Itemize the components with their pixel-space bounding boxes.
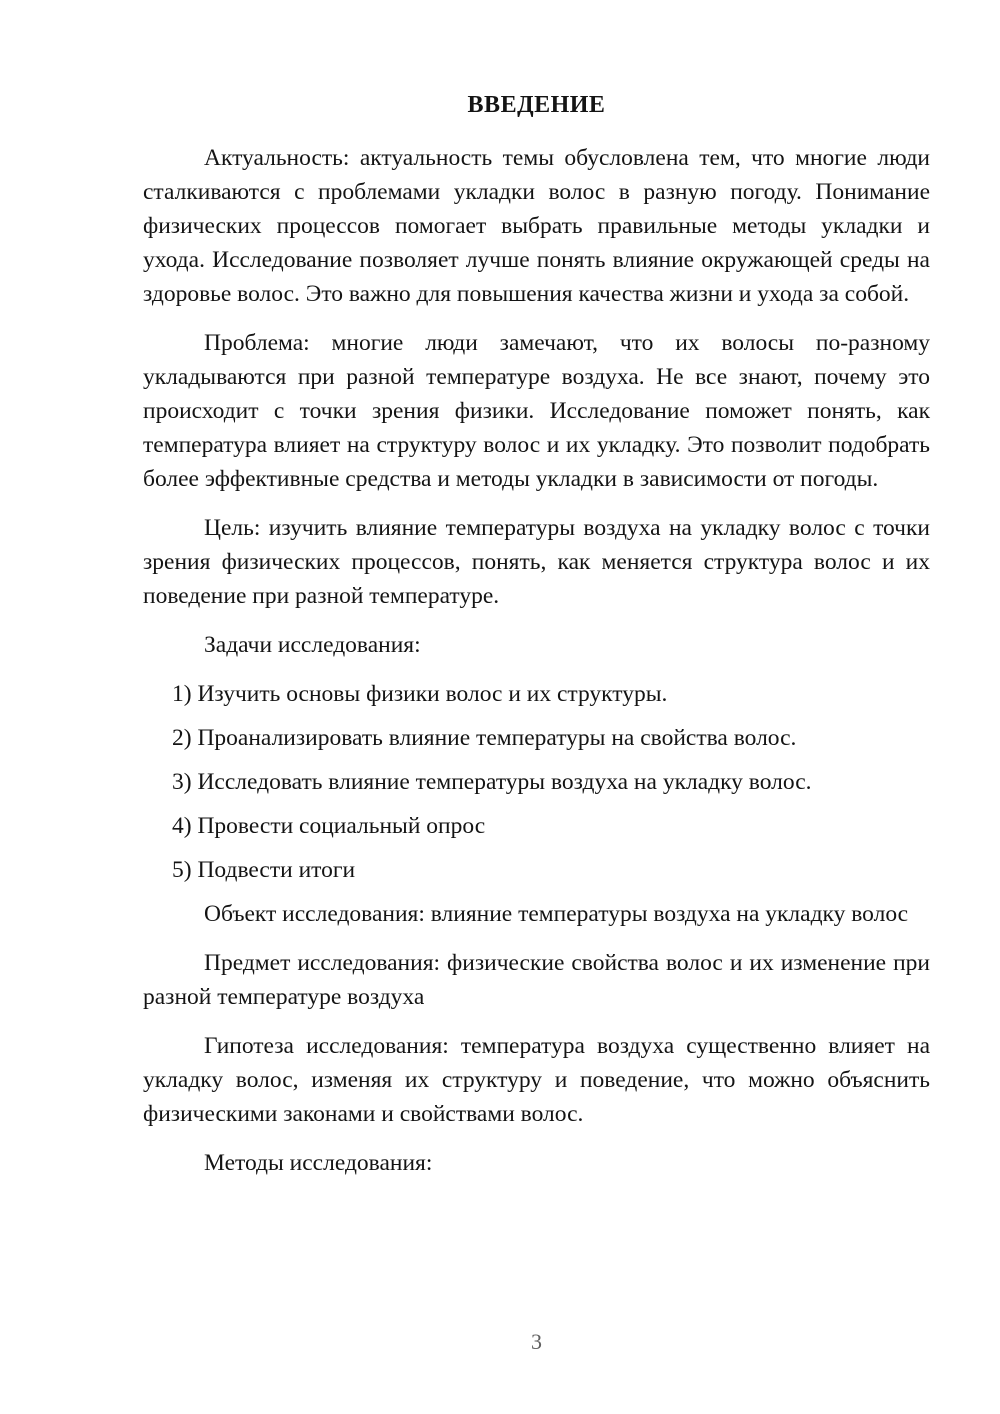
tasks-heading: Задачи исследования: — [143, 628, 930, 662]
task-item-5: 5) Подвести итоги — [143, 853, 930, 887]
paragraph-relevance: Актуальность: актуальность темы обусловл… — [143, 141, 930, 311]
paragraph-hypothesis: Гипотеза исследования: температура возду… — [143, 1029, 930, 1131]
tasks-list: 1) Изучить основы физики волос и их стру… — [143, 677, 930, 887]
task-item-4: 4) Провести социальный опрос — [143, 809, 930, 843]
task-item-3: 3) Исследовать влияние температуры возду… — [143, 765, 930, 799]
paragraph-object: Объект исследования: влияние температуры… — [143, 897, 930, 931]
document-content: ВВЕДЕНИЕ Актуальность: актуальность темы… — [143, 88, 930, 1195]
page-title: ВВЕДЕНИЕ — [143, 88, 930, 122]
task-item-2: 2) Проанализировать влияние температуры … — [143, 721, 930, 755]
page-number: 3 — [143, 1328, 930, 1356]
methods-heading: Методы исследования: — [143, 1146, 930, 1180]
paragraph-subject: Предмет исследования: физические свойств… — [143, 946, 930, 1014]
document-page: ВВЕДЕНИЕ Актуальность: актуальность темы… — [0, 0, 1000, 1414]
task-item-1: 1) Изучить основы физики волос и их стру… — [143, 677, 930, 711]
paragraph-goal: Цель: изучить влияние температуры воздух… — [143, 511, 930, 613]
paragraph-problem: Проблема: многие люди замечают, что их в… — [143, 326, 930, 496]
